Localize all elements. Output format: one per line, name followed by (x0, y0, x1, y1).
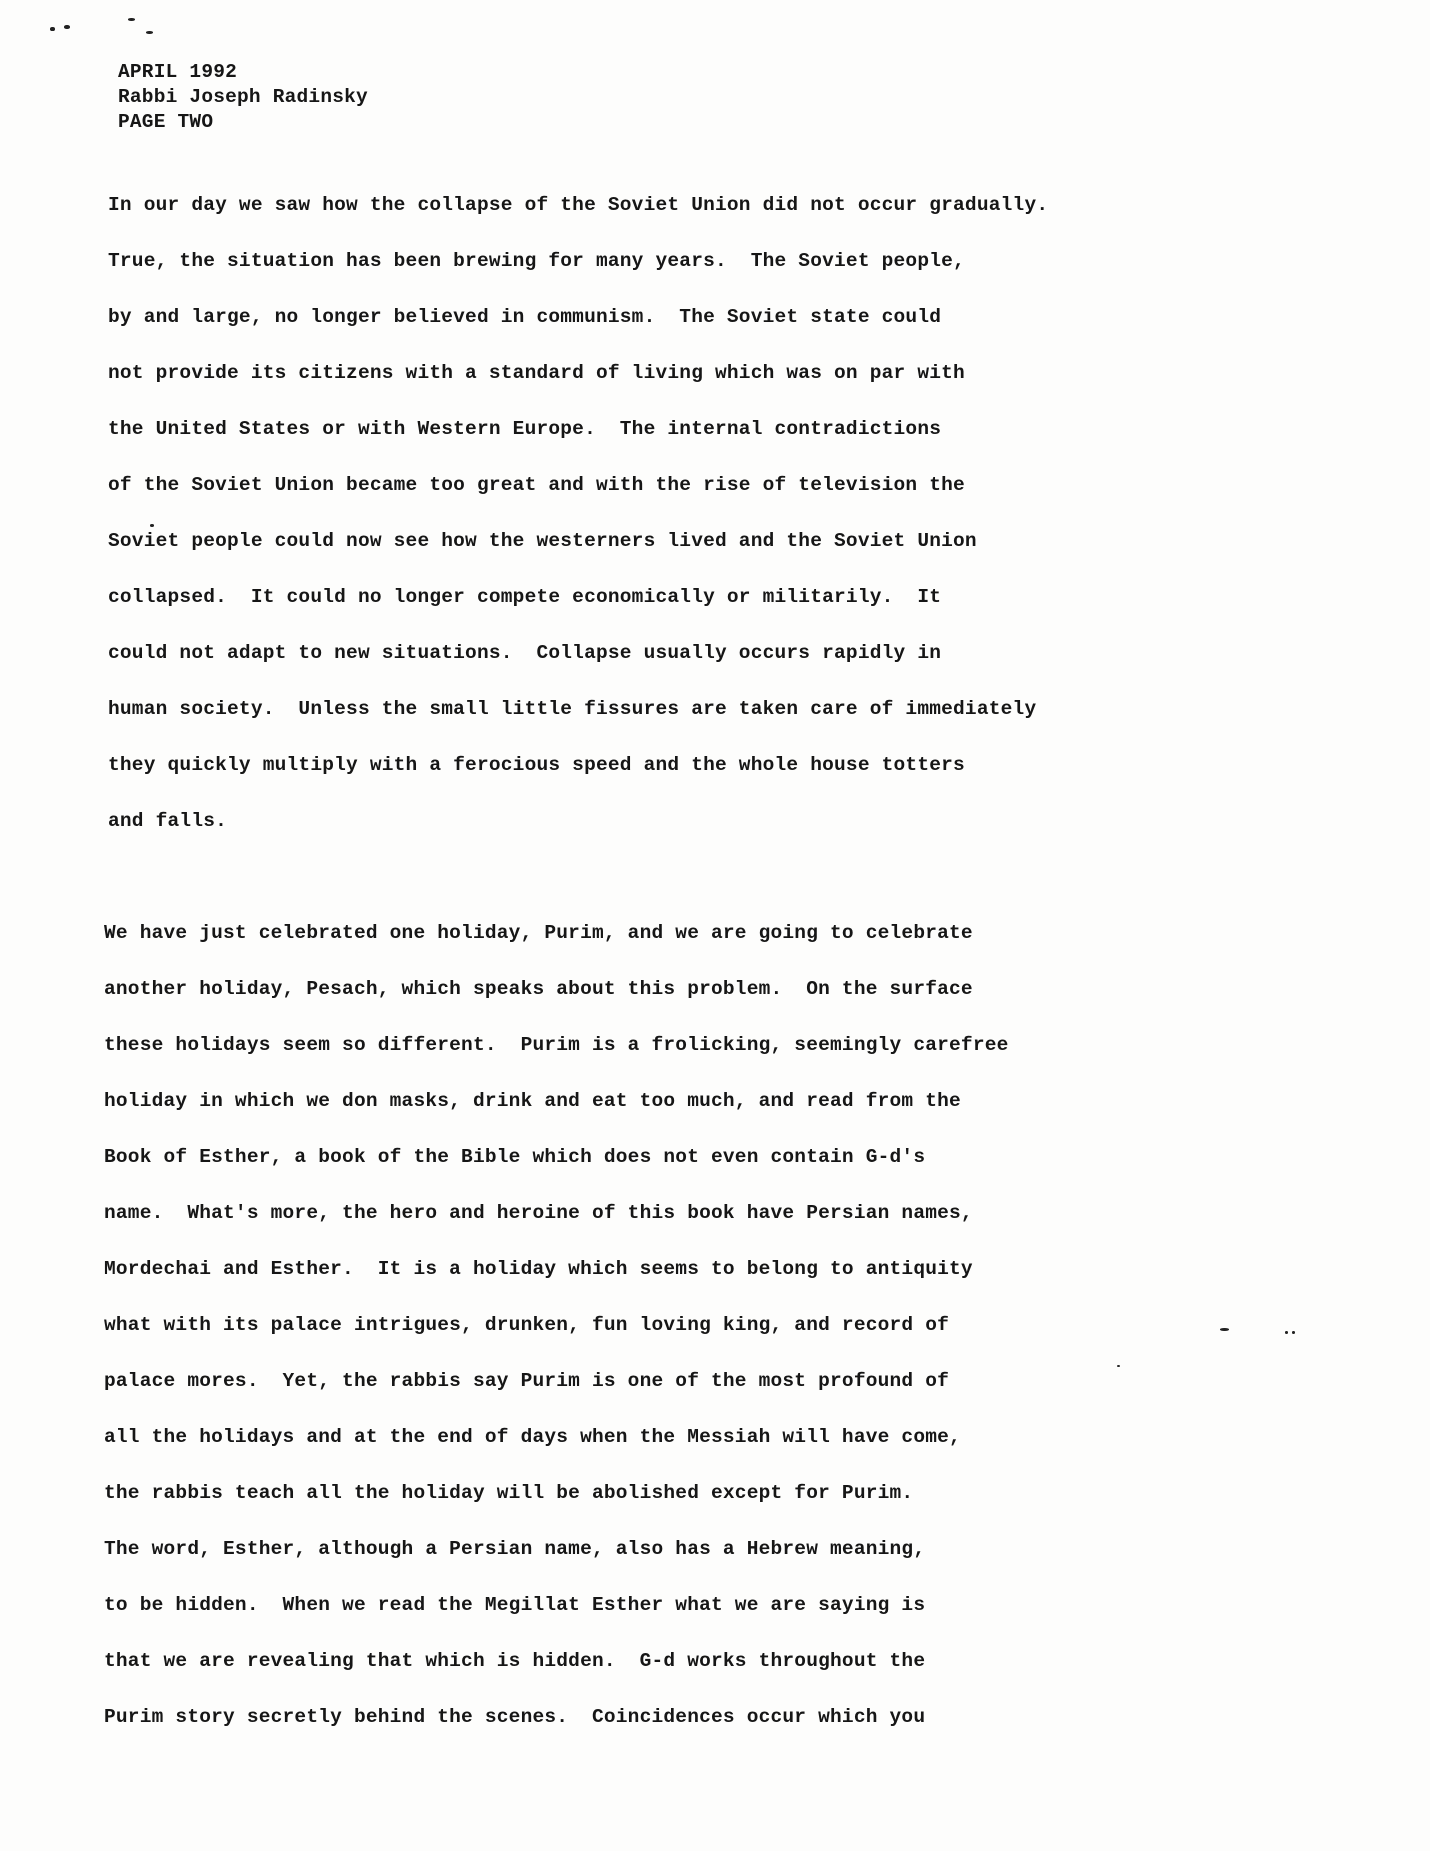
paragraph-purim-pesach: We have just celebrated one holiday, Pur… (104, 905, 1009, 1745)
scan-speck (1285, 1331, 1288, 1334)
page-header: APRIL 1992 Rabbi Joseph Radinsky PAGE TW… (118, 60, 368, 135)
scan-speck (146, 31, 153, 34)
scan-speck (1292, 1331, 1295, 1334)
scan-speck (64, 25, 70, 29)
scan-speck (1117, 1365, 1120, 1367)
paragraph-soviet-collapse: In our day we saw how the collapse of th… (108, 177, 1048, 849)
scan-speck (128, 18, 135, 21)
scan-speck (1220, 1328, 1229, 1331)
document-page: APRIL 1992 Rabbi Joseph Radinsky PAGE TW… (0, 0, 1430, 1851)
scan-speck (50, 27, 55, 31)
